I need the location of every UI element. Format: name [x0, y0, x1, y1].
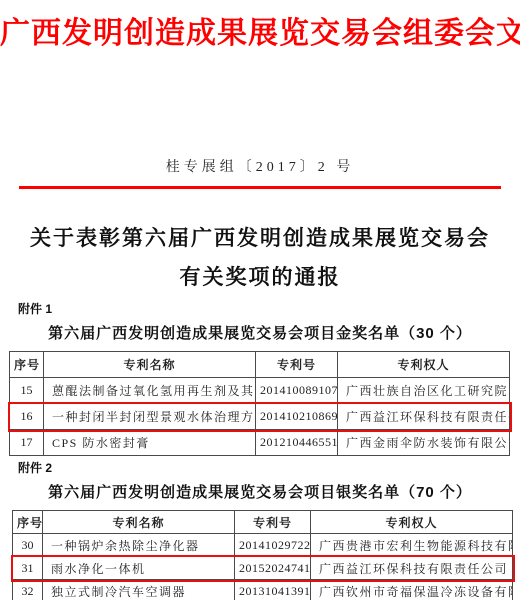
- cell-patentee: 广西钦州市奇福保温冷冻设备有限公司: [311, 580, 513, 600]
- cell-patent-name: 蒽醌法制备过氧化氢用再生剂及其制备方法: [44, 378, 256, 404]
- cell-patent-number: 2014102972205: [235, 534, 311, 557]
- cell-patentee: 广西壮族自治区化工研究院: [338, 378, 510, 404]
- silver-award-table: 序号 专利名称 专利号 专利权人 30一种锅炉余热除尘净化器2014102972…: [12, 510, 513, 600]
- cell-patent-name: 一种锅炉余热除尘净化器: [43, 534, 235, 557]
- silver-award-table-title: 第六届广西发明创造成果展览交易会项目银奖名单（70 个）: [0, 484, 520, 502]
- column-header-patent-name: 专利名称: [43, 511, 235, 534]
- gold-award-table: 序号 专利名称 专利号 专利权人 15蒽醌法制备过氧化氢用再生剂及其制备方法20…: [9, 351, 510, 456]
- cell-index: 31: [13, 557, 43, 580]
- table-header-row: 序号 专利名称 专利号 专利权人: [10, 352, 510, 378]
- cell-patent-number: 2014102108699: [256, 404, 338, 430]
- cell-patent-name: 独立式制冷汽车空调器: [43, 580, 235, 600]
- document-header-title: 广西发明创造成果展览交易会组委会文件: [0, 0, 520, 53]
- column-header-patent-name: 专利名称: [44, 352, 256, 378]
- column-header-patentee: 专利权人: [311, 511, 513, 534]
- document-title-line-2: 有关奖项的通报: [0, 258, 520, 297]
- cell-patent-number: 2015202474125: [235, 557, 311, 580]
- gold-award-table-title: 第六届广西发明创造成果展览交易会项目金奖名单（30 个）: [0, 325, 520, 343]
- cell-patent-number: 2012104465511: [256, 430, 338, 456]
- cell-patent-name: 雨水净化一体机: [43, 557, 235, 580]
- cell-index: 17: [10, 430, 44, 456]
- cell-index: 15: [10, 378, 44, 404]
- cell-patent-name: 一种封闭半封闭型景观水体治理方法: [44, 404, 256, 430]
- cell-patentee: 广西益江环保科技有限责任公司: [338, 404, 510, 430]
- table-row: 32独立式制冷汽车空调器201310413917X广西钦州市奇福保温冷冻设备有限…: [13, 580, 513, 600]
- red-separator-line: [19, 186, 501, 189]
- table-row-highlighted: 31雨水净化一体机2015202474125广西益江环保科技有限责任公司: [13, 557, 513, 580]
- column-header-index: 序号: [10, 352, 44, 378]
- cell-index: 30: [13, 534, 43, 557]
- cell-patentee: 广西贵港市宏利生物能源科技有限公司: [311, 534, 513, 557]
- cell-patent-number: 201310413917X: [235, 580, 311, 600]
- cell-patent-number: 2014100891078: [256, 378, 338, 404]
- cell-patentee: 广西金雨伞防水装饰有限公司: [338, 430, 510, 456]
- document-title-line-1: 关于表彰第六届广西发明创造成果展览交易会: [0, 219, 520, 258]
- table-header-row: 序号 专利名称 专利号 专利权人: [13, 511, 513, 534]
- attachment-2-label: 附件 2: [18, 461, 520, 475]
- column-header-patentee: 专利权人: [338, 352, 510, 378]
- doc-number: 桂专展组〔2017〕2 号: [0, 159, 520, 177]
- cell-patent-name: CPS 防水密封膏: [44, 430, 256, 456]
- document-title: 关于表彰第六届广西发明创造成果展览交易会 有关奖项的通报: [0, 219, 520, 297]
- attachment-1-label: 附件 1: [18, 302, 520, 316]
- table-row: 30一种锅炉余热除尘净化器2014102972205广西贵港市宏利生物能源科技有…: [13, 534, 513, 557]
- column-header-patent-number: 专利号: [235, 511, 311, 534]
- column-header-patent-number: 专利号: [256, 352, 338, 378]
- cell-index: 32: [13, 580, 43, 600]
- column-header-index: 序号: [13, 511, 43, 534]
- table-row: 15蒽醌法制备过氧化氢用再生剂及其制备方法2014100891078广西壮族自治…: [10, 378, 510, 404]
- cell-patentee: 广西益江环保科技有限责任公司: [311, 557, 513, 580]
- table-row-highlighted: 16一种封闭半封闭型景观水体治理方法2014102108699广西益江环保科技有…: [10, 404, 510, 430]
- cell-index: 16: [10, 404, 44, 430]
- table-row: 17CPS 防水密封膏2012104465511广西金雨伞防水装饰有限公司: [10, 430, 510, 456]
